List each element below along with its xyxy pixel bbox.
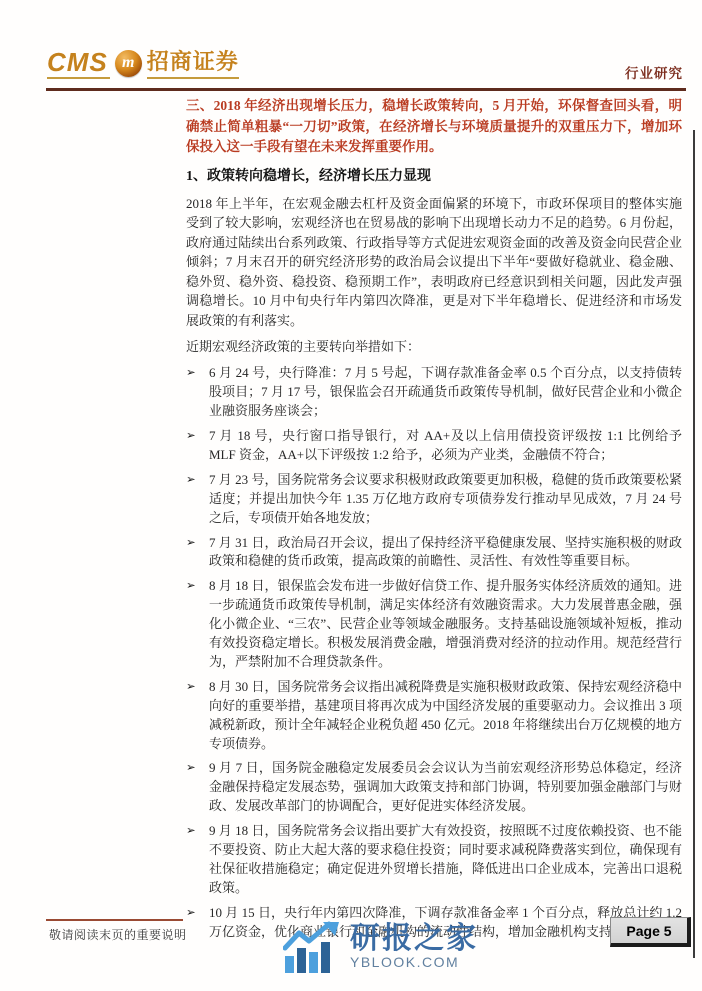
report-category-label: 行业研究	[625, 62, 683, 82]
footer-disclaimer: 敬请阅读末页的重要说明	[49, 926, 187, 943]
cms-logo-icon: m	[115, 50, 142, 77]
list-item: ➢ 9 月 18 日，国务院常务会议指出要扩大有效投资，按照既不过度依赖投资、也…	[186, 822, 682, 898]
arrow-bullet-icon: ➢	[186, 904, 200, 942]
list-item: ➢ 7 月 31 日，政治局召开会议，提出了保持经济平稳健康发展、坚持实施积极的…	[186, 534, 682, 572]
page-number-badge: Page 5	[610, 917, 691, 947]
bar-chart-arrow-icon	[283, 921, 341, 973]
arrow-bullet-icon: ➢	[186, 678, 200, 754]
scan-edge-artifact	[693, 130, 695, 958]
arrow-bullet-icon: ➢	[186, 822, 200, 898]
list-item-text: 8 月 30 日，国务院常务会议指出减税降费是实施积极财政政策、保持宏观经济稳中…	[209, 678, 682, 754]
list-item-text: 7 月 31 日，政治局召开会议，提出了保持经济平稳健康发展、坚持实施积极的财政…	[209, 534, 682, 572]
list-item: ➢ 7 月 23 号，国务院常务会议要求积极财政政策要更加积极，稳健的货币政策要…	[186, 471, 682, 528]
list-item-text: 9 月 18 日，国务院常务会议指出要扩大有效投资，按照既不过度依赖投资、也不能…	[209, 822, 682, 898]
watermark-site: YBLOOK.COM	[350, 954, 478, 971]
yblook-watermark: 研报之家 YBLOOK.COM	[283, 921, 478, 973]
list-item-text: 8 月 18 日，银保监会发布进一步做好信贷工作、提升服务实体经济质效的通知。进…	[209, 577, 682, 672]
subsection-heading: 1、政策转向稳增长，经济增长压力显现	[186, 167, 682, 187]
footer-divider	[46, 919, 183, 921]
arrow-bullet-icon: ➢	[186, 364, 200, 421]
arrow-bullet-icon: ➢	[186, 534, 200, 572]
list-item-text: 7 月 23 号，国务院常务会议要求积极财政政策要更加积极，稳健的货币政策要松紧…	[209, 471, 682, 528]
arrow-bullet-icon: ➢	[186, 577, 200, 672]
cms-logo: CMS m 招商证券	[47, 49, 239, 79]
arrow-bullet-icon: ➢	[186, 427, 200, 465]
list-item: ➢ 8 月 18 日，银保监会发布进一步做好信贷工作、提升服务实体经济质效的通知…	[186, 577, 682, 672]
cms-logo-text: CMS	[47, 49, 110, 79]
list-item: ➢ 8 月 30 日，国务院常务会议指出减税降费是实施积极财政政策、保持宏观经济…	[186, 678, 682, 754]
list-intro: 近期宏观经济政策的主要转向举措如下：	[186, 337, 682, 357]
body-paragraph: 2018 年上半年，在宏观金融去杠杆及资金面偏紧的环境下，市政环保项目的整体实施…	[186, 194, 682, 331]
arrow-bullet-icon: ➢	[186, 471, 200, 528]
watermark-name: 研报之家	[350, 923, 478, 955]
list-item: ➢ 9 月 7 日，国务院金融稳定发展委员会会议认为当前宏观经济形势总体稳定，经…	[186, 759, 682, 816]
list-item-text: 9 月 7 日，国务院金融稳定发展委员会会议认为当前宏观经济形势总体稳定，经济金…	[209, 759, 682, 816]
list-item-text: 6 月 24 号，央行降准：7 月 5 号起，下调存款准备金率 0.5 个百分点…	[209, 364, 682, 421]
list-item-text: 7 月 18 号，央行窗口指导银行，对 AA+及以上信用债投资评级按 1:1 比…	[209, 427, 682, 465]
document-body: 三、2018 年经济出现增长压力，稳增长政策转向，5 月开始，环保督查回头看，明…	[186, 96, 682, 948]
company-name: 招商证券	[147, 50, 239, 79]
header-divider	[46, 88, 686, 91]
section-title: 三、2018 年经济出现增长压力，稳增长政策转向，5 月开始，环保督查回头看，明…	[186, 96, 682, 158]
list-item: ➢ 6 月 24 号，央行降准：7 月 5 号起，下调存款准备金率 0.5 个百…	[186, 364, 682, 421]
list-item: ➢ 7 月 18 号，央行窗口指导银行，对 AA+及以上信用债投资评级按 1:1…	[186, 427, 682, 465]
arrow-bullet-icon: ➢	[186, 759, 200, 816]
policy-measures-list: ➢ 6 月 24 号，央行降准：7 月 5 号起，下调存款准备金率 0.5 个百…	[186, 364, 682, 941]
document-page: CMS m 招商证券 行业研究 三、2018 年经济出现增长压力，稳增长政策转向…	[0, 0, 702, 991]
watermark-text-block: 研报之家 YBLOOK.COM	[350, 923, 478, 971]
